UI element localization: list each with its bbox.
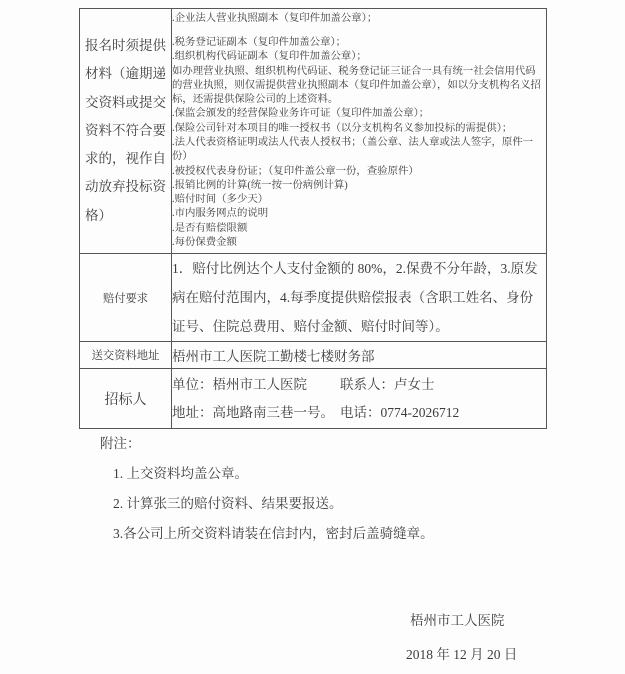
note-item: 3.各公司上所交资料请装在信封内，密封后盖骑缝章。	[100, 519, 434, 549]
compensation-requirements: 1．赔付比例达个人支付金额的 80%，2.保费不分年龄，3.原发病在赔付范围内，…	[172, 254, 547, 342]
materials-list: .企业法人营业执照副本（复印件加盖公章）； .税务登记证副本（复印件加盖公章）；…	[172, 9, 547, 254]
tenderer-info: 单位：梧州市工人医院 联系人：卢女士 地址：高地路南三巷一号。 电话：0774-…	[172, 369, 547, 429]
note-item: 2. 计算张三的赔付资料、结果要报送。	[100, 489, 434, 519]
delivery-address: 梧州市工人医院工勤楼七楼财务部	[172, 342, 547, 369]
material-item: .报销比例的计算(统一按一份病例计算)	[172, 179, 546, 193]
table-row-materials: 报名时须提供 材料（逾期递 交资料或提交 资料不符合要 求的，视作自 动放弃投标…	[80, 9, 547, 254]
table-row-tenderer: 招标人 单位：梧州市工人医院 联系人：卢女士 地址：高地路南三巷一号。 电话：0…	[80, 369, 547, 429]
material-item: .组织机构代码证副本（复印件加盖公章）；	[172, 50, 546, 64]
tenderer-phone: 电话：0774-2026712	[340, 399, 459, 427]
row-label-delivery-address: 送交资料地址	[80, 342, 172, 369]
tenderer-contact: 联系人：卢女士	[340, 371, 435, 399]
row-label-materials-cell: 报名时须提供 材料（逾期递 交资料或提交 资料不符合要 求的，视作自 动放弃投标…	[80, 9, 172, 254]
tenderer-line-1: 单位：梧州市工人医院 联系人：卢女士	[172, 371, 546, 399]
material-item: .税务登记证副本（复印件加盖公章）；	[172, 36, 546, 50]
table-row-delivery-address: 送交资料地址 梧州市工人医院工勤楼七楼财务部	[80, 342, 547, 369]
material-item: .是否有赔偿限额	[172, 222, 546, 236]
info-table: 报名时须提供 材料（逾期递 交资料或提交 资料不符合要 求的，视作自 动放弃投标…	[79, 8, 547, 429]
material-item: .法人代表资格证明或法人代表人授权书；（盖公章、法人章或法人签字，原件一份）	[172, 136, 546, 165]
tenderer-address: 地址：高地路南三巷一号。	[172, 399, 340, 427]
row-label-tenderer: 招标人	[80, 369, 172, 429]
note-item: 1. 上交资料均盖公章。	[100, 459, 434, 489]
table-row-compensation: 赔付要求 1．赔付比例达个人支付金额的 80%，2.保费不分年龄，3.原发病在赔…	[80, 254, 547, 342]
document-page: 报名时须提供 材料（逾期递 交资料或提交 资料不符合要 求的，视作自 动放弃投标…	[0, 0, 625, 674]
signature-date: 2018 年 12 月 20 日	[406, 638, 517, 672]
tenderer-unit: 单位：梧州市工人医院	[172, 371, 340, 399]
material-item: .每份保费金额	[172, 236, 546, 250]
material-item: .保险公司针对本项目的唯一授权书（以分支机构名义参加投标的需提供）；	[172, 122, 546, 136]
signature-org: 梧州市工人医院	[406, 604, 517, 638]
tenderer-line-2: 地址：高地路南三巷一号。 电话：0774-2026712	[172, 399, 546, 427]
material-item: .市内服务网点的说明	[172, 207, 546, 221]
material-item: .企业法人营业执照副本（复印件加盖公章）；	[172, 12, 546, 26]
material-item: .被授权代表身份证；（复印件盖公章一份，查验原件）	[172, 165, 546, 179]
signature-block: 梧州市工人医院 2018 年 12 月 20 日	[406, 604, 517, 672]
notes-heading: 附注：	[100, 429, 434, 459]
row-label-compensation: 赔付要求	[80, 254, 172, 342]
material-item: 如办理营业执照、组织机构代码证、税务登记证三证合一具有统一社会信用代码的营业执照…	[172, 65, 546, 108]
material-item: .赔付时间（多少天）	[172, 193, 546, 207]
notes-section: 附注： 1. 上交资料均盖公章。 2. 计算张三的赔付资料、结果要报送。 3.各…	[100, 429, 434, 549]
material-item: .保监会颁发的经营保险业务许可证（复印件加盖公章）；	[172, 107, 546, 121]
row-label-materials: 报名时须提供 材料（逾期递 交资料或提交 资料不符合要 求的，视作自 动放弃投标…	[85, 32, 166, 230]
